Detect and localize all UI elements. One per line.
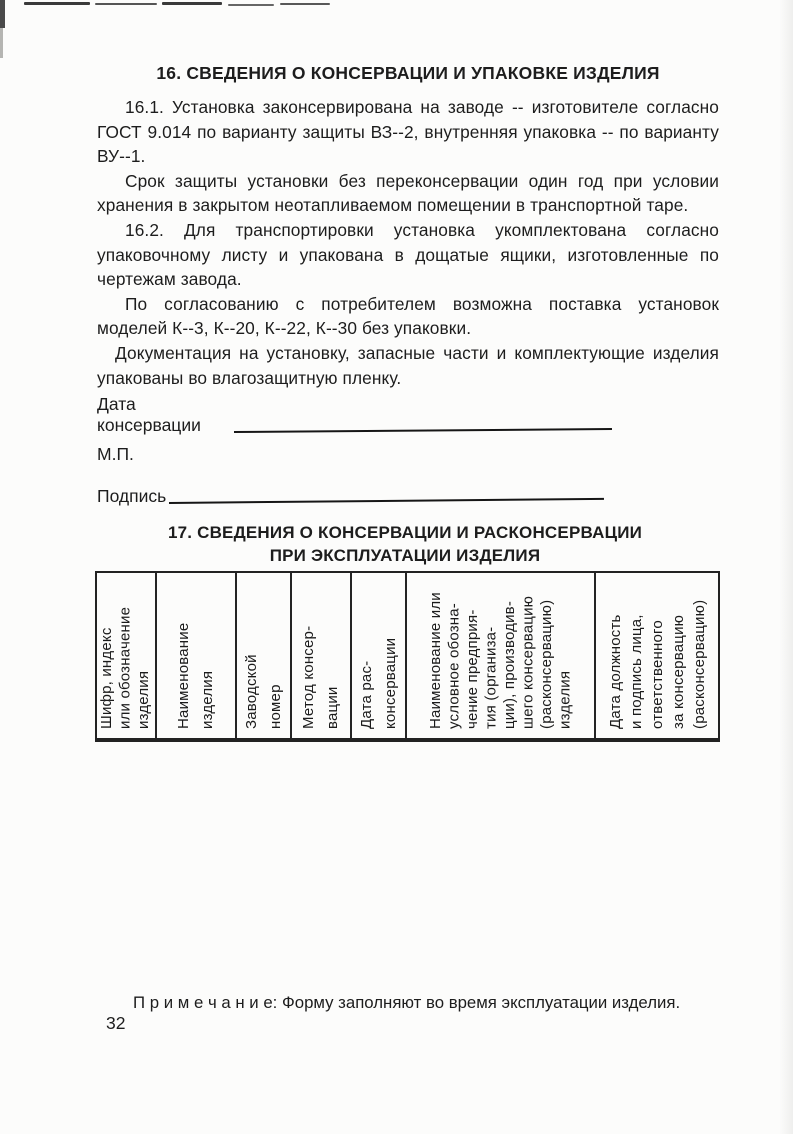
conservation-table: Шифр, индекс или обозначение изделия Наи… — [95, 571, 720, 742]
column-header-product-name: Наименование изделия — [172, 573, 220, 738]
scan-artifact-corner-faint — [0, 28, 3, 58]
signature-row: Подпись — [97, 486, 609, 507]
stamp-place-label: М.П. — [97, 444, 134, 465]
paragraph-protection-term: Срок защиты установки без переконсерваци… — [97, 169, 719, 218]
section-16-heading: 16. СВЕДЕНИЯ О КОНСЕРВАЦИИ И УПАКОВКЕ ИЗ… — [97, 63, 719, 84]
signature-label: Подпись — [97, 486, 166, 507]
table-header-cell-product-name: Наименование изделия — [157, 573, 237, 738]
table-header-cell-conservation-method: Метод консер- вации — [292, 573, 352, 738]
paragraph-no-packaging: По согласованию с потребителем возможна … — [97, 292, 719, 341]
table-header-cell-organization: Наименование или условное обозна- чение … — [407, 573, 596, 738]
section-17-heading: 17. СВЕДЕНИЯ О КОНСЕРВАЦИИ И РАСКОНСЕРВА… — [85, 522, 725, 567]
scanned-page: 16. СВЕДЕНИЯ О КОНСЕРВАЦИИ И УПАКОВКЕ ИЗ… — [0, 0, 793, 1134]
scan-artifact-dash — [280, 3, 330, 5]
table-header-cell-serial-number: Заводской номер — [237, 573, 292, 738]
scan-artifact-dash — [228, 4, 274, 6]
column-header-cipher: Шифр, индекс или обозначение изделия — [98, 573, 154, 738]
conservation-date-row: Дата консервации — [97, 394, 612, 436]
conservation-date-blank-line — [234, 428, 612, 433]
column-header-responsible-person: Дата должность и подпись лица, ответстве… — [605, 573, 710, 738]
column-header-conservation-method: Метод консер- вации — [297, 573, 345, 738]
column-header-serial-number: Заводской номер — [240, 573, 288, 738]
scan-artifact-dash — [24, 2, 90, 5]
section-17-heading-line2: ПРИ ЭКСПЛУАТАЦИИ ИЗДЕЛИЯ — [85, 545, 725, 568]
scan-artifact-dash — [95, 3, 157, 5]
scan-artifact-right-edge — [779, 0, 793, 1134]
section-16-body: 16.1. Установка законсервирована на заво… — [97, 95, 719, 390]
paragraph-16-2: 16.2. Для транспортировки установка уком… — [97, 218, 719, 292]
footnote: П р и м е ч а н и е: Форму заполняют во … — [97, 992, 727, 1014]
scan-artifact-dash — [162, 2, 222, 5]
paragraph-documentation: Документация на установку, запасные част… — [97, 341, 719, 390]
table-header-cell-responsible-person: Дата должность и подпись лица, ответстве… — [596, 573, 718, 738]
scan-artifact-corner — [0, 0, 5, 28]
table-header-cell-deconservation-date: Дата рас- консервации — [352, 573, 407, 738]
column-header-deconservation-date: Дата рас- консервации — [355, 573, 403, 738]
paragraph-16-1: 16.1. Установка законсервирована на заво… — [97, 95, 719, 169]
section-17-heading-line1: 17. СВЕДЕНИЯ О КОНСЕРВАЦИИ И РАСКОНСЕРВА… — [85, 522, 725, 545]
conservation-date-label: Дата консервации — [97, 394, 231, 436]
table-header-cell-cipher: Шифр, индекс или обозначение изделия — [97, 573, 157, 738]
page-number: 32 — [106, 1013, 125, 1034]
column-header-organization: Наименование или условное обозна- чение … — [427, 573, 575, 738]
signature-blank-line — [169, 498, 604, 504]
